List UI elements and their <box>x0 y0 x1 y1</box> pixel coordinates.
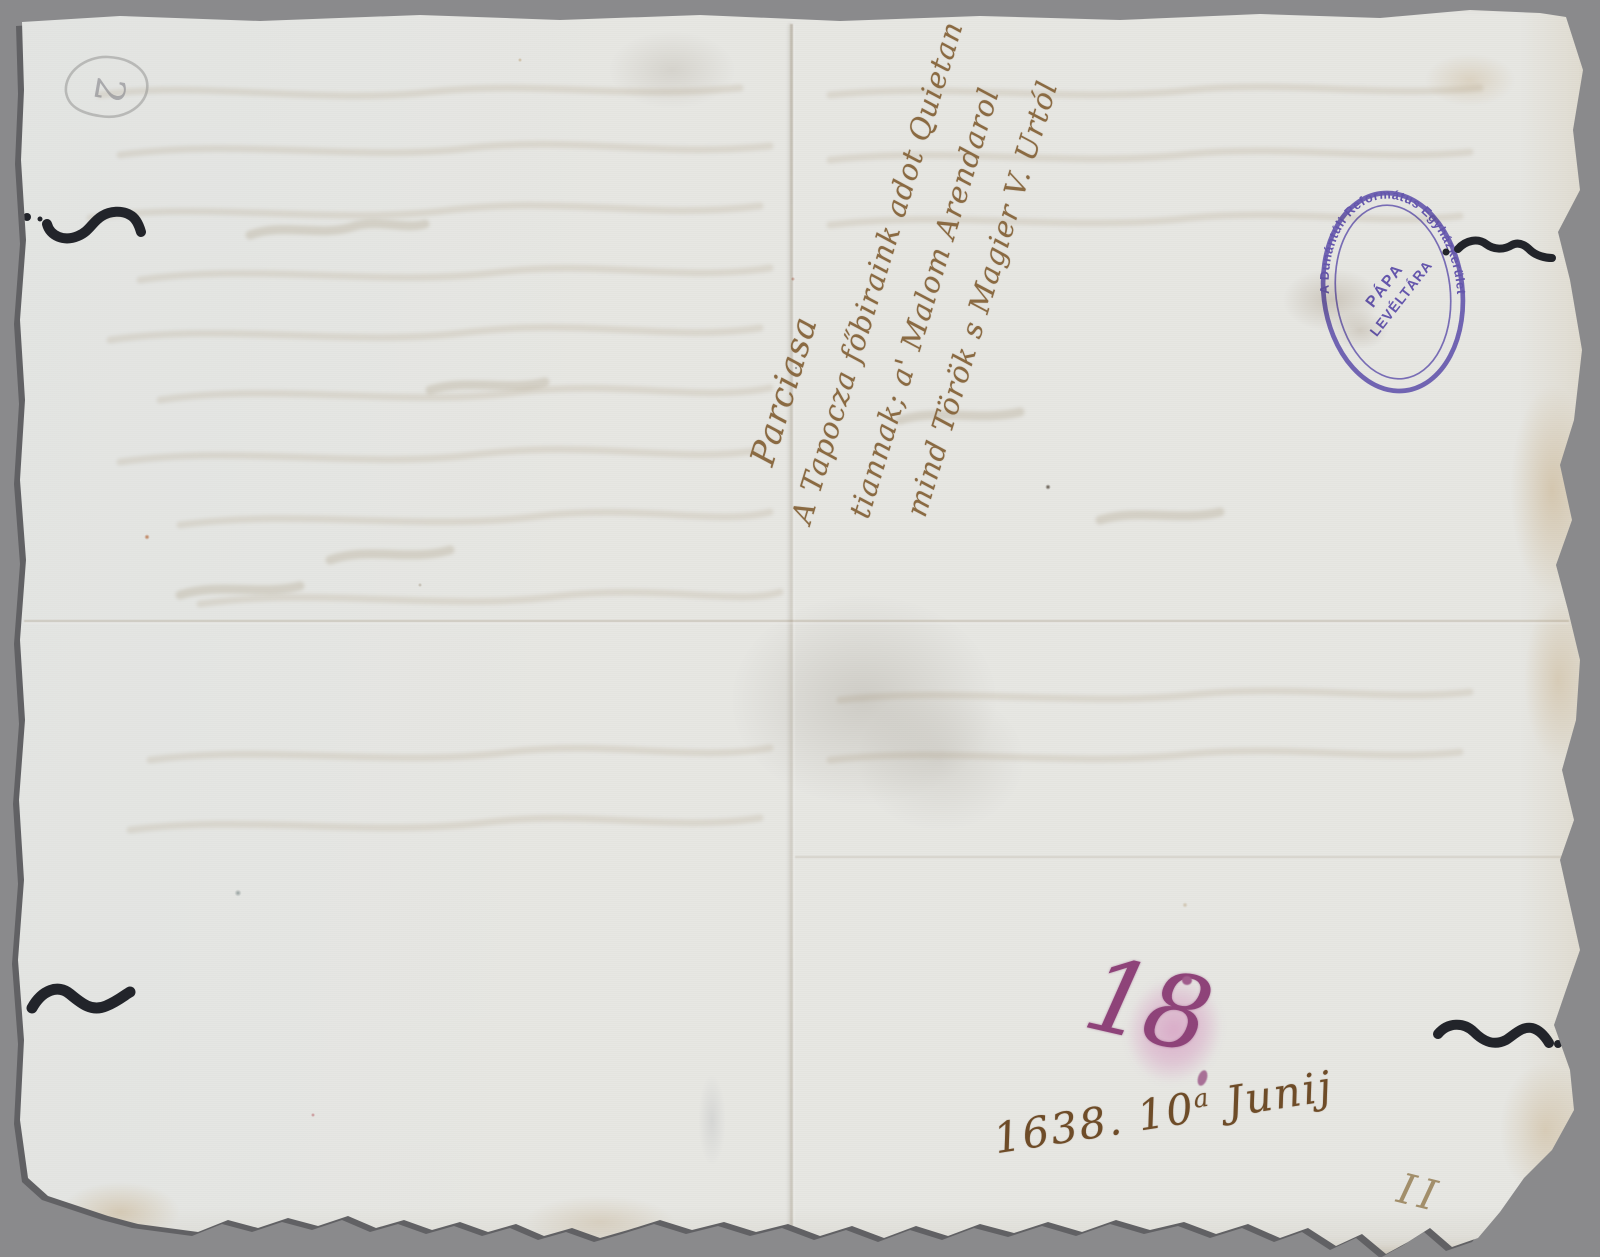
photographed-manuscript-scene: 2 Parciasa A Tapocza főbiraink adot Quie… <box>0 0 1600 1257</box>
wax-thread-mark-right-bottom <box>1438 1025 1549 1043</box>
ink-squiggle-marks <box>0 0 1600 1257</box>
ink-dot <box>1443 249 1450 256</box>
ink-dot <box>38 217 43 222</box>
manuscript-verso-page: 2 Parciasa A Tapocza főbiraink adot Quie… <box>0 0 1600 1257</box>
wax-thread-mark-right-top <box>1458 241 1552 258</box>
wax-thread-mark-left-bottom <box>32 989 130 1008</box>
date-superscript: a <box>1191 1082 1212 1113</box>
wax-thread-mark-left-top <box>47 212 141 239</box>
ink-dot <box>1182 976 1192 985</box>
ink-dot <box>1554 1040 1562 1048</box>
archival-number-digits: 18 <box>1075 938 1217 1074</box>
